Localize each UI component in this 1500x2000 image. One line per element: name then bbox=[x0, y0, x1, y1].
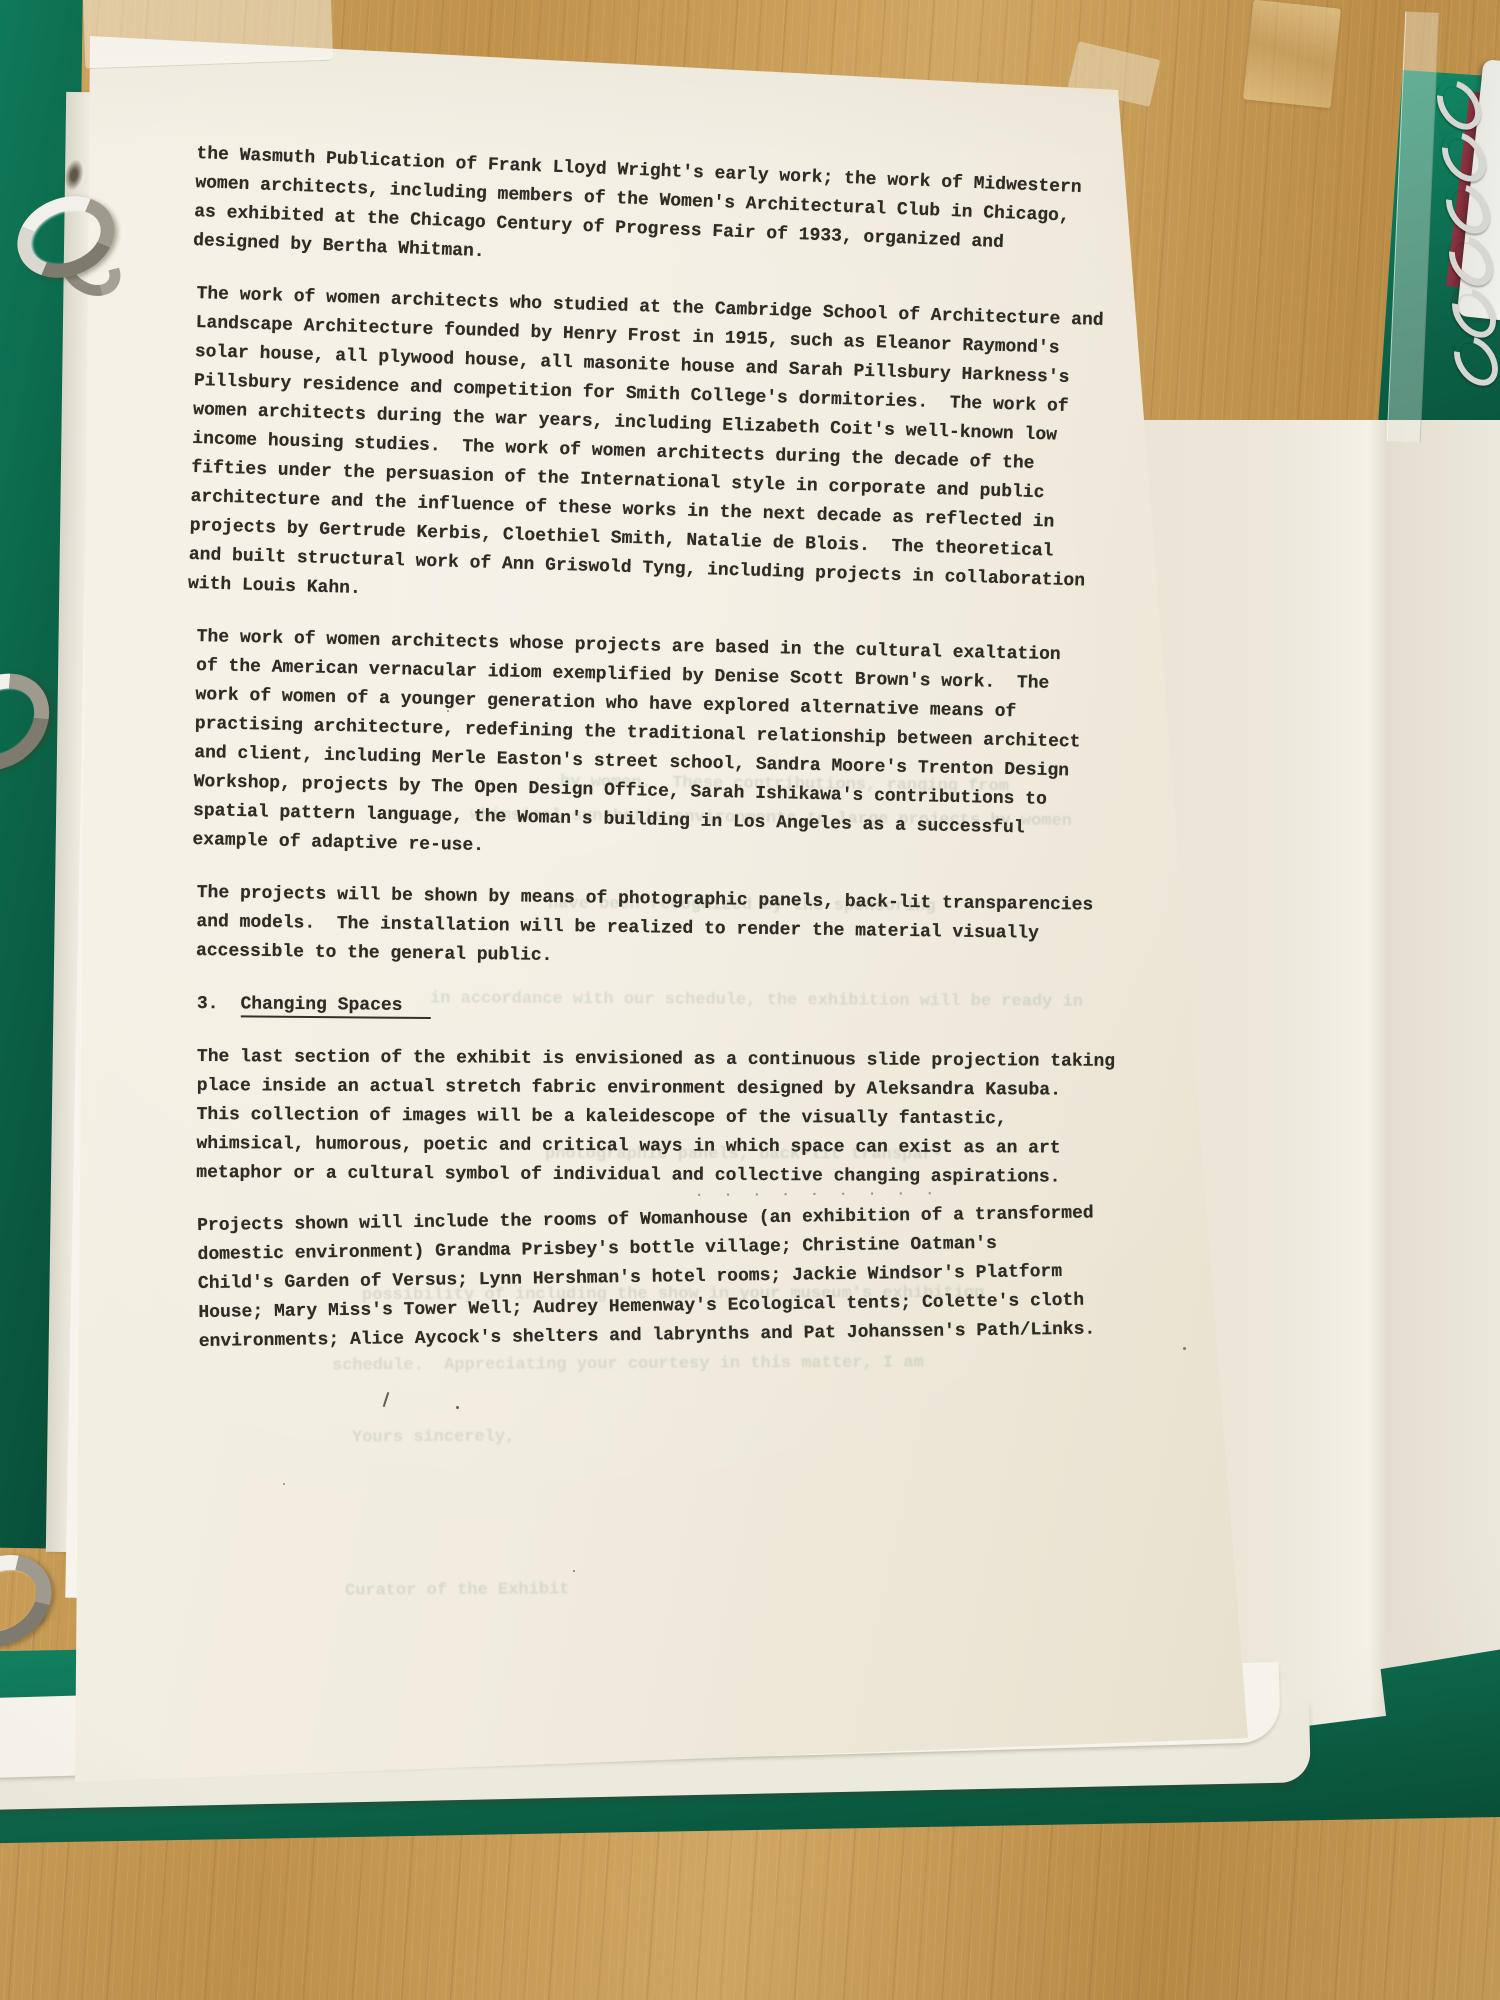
heading-title: Changing Spaces bbox=[240, 994, 430, 1019]
ink-speck bbox=[1183, 1347, 1186, 1350]
typed-paragraph-3: The work of women architects whose proje… bbox=[192, 623, 1141, 875]
typed-paragraph-1: the Wasmuth Publication of Frank Lloyd W… bbox=[193, 140, 1141, 292]
typed-paragraph-6: Projects shown will include the rooms of… bbox=[197, 1199, 1143, 1357]
ink-speck bbox=[573, 1570, 575, 1572]
typed-text-column: the Wasmuth Publication of Frank Lloyd W… bbox=[197, 140, 1141, 1381]
typed-paragraph-5: The last section of the exhibit is envis… bbox=[196, 1043, 1141, 1193]
photo-scene: by women. These contributions, ranging f… bbox=[0, 0, 1500, 2000]
bleed-through-line: Yours sincerely, bbox=[352, 1425, 515, 1452]
tape-piece bbox=[1243, 0, 1341, 108]
ink-speck bbox=[447, 710, 449, 712]
plastic-tab-top-left bbox=[83, 0, 333, 69]
typed-paragraph-4: The projects will be shown by means of p… bbox=[196, 879, 1141, 979]
ink-speck bbox=[456, 1406, 459, 1409]
bleed-through-line: Curator of the Exhibit bbox=[345, 1577, 570, 1605]
ink-speck bbox=[283, 1483, 285, 1485]
heading-number: 3. bbox=[197, 994, 219, 1014]
section-heading: 3.Changing Spaces bbox=[197, 990, 1141, 1027]
typed-paragraph-2: The work of women architects who studied… bbox=[188, 280, 1141, 627]
